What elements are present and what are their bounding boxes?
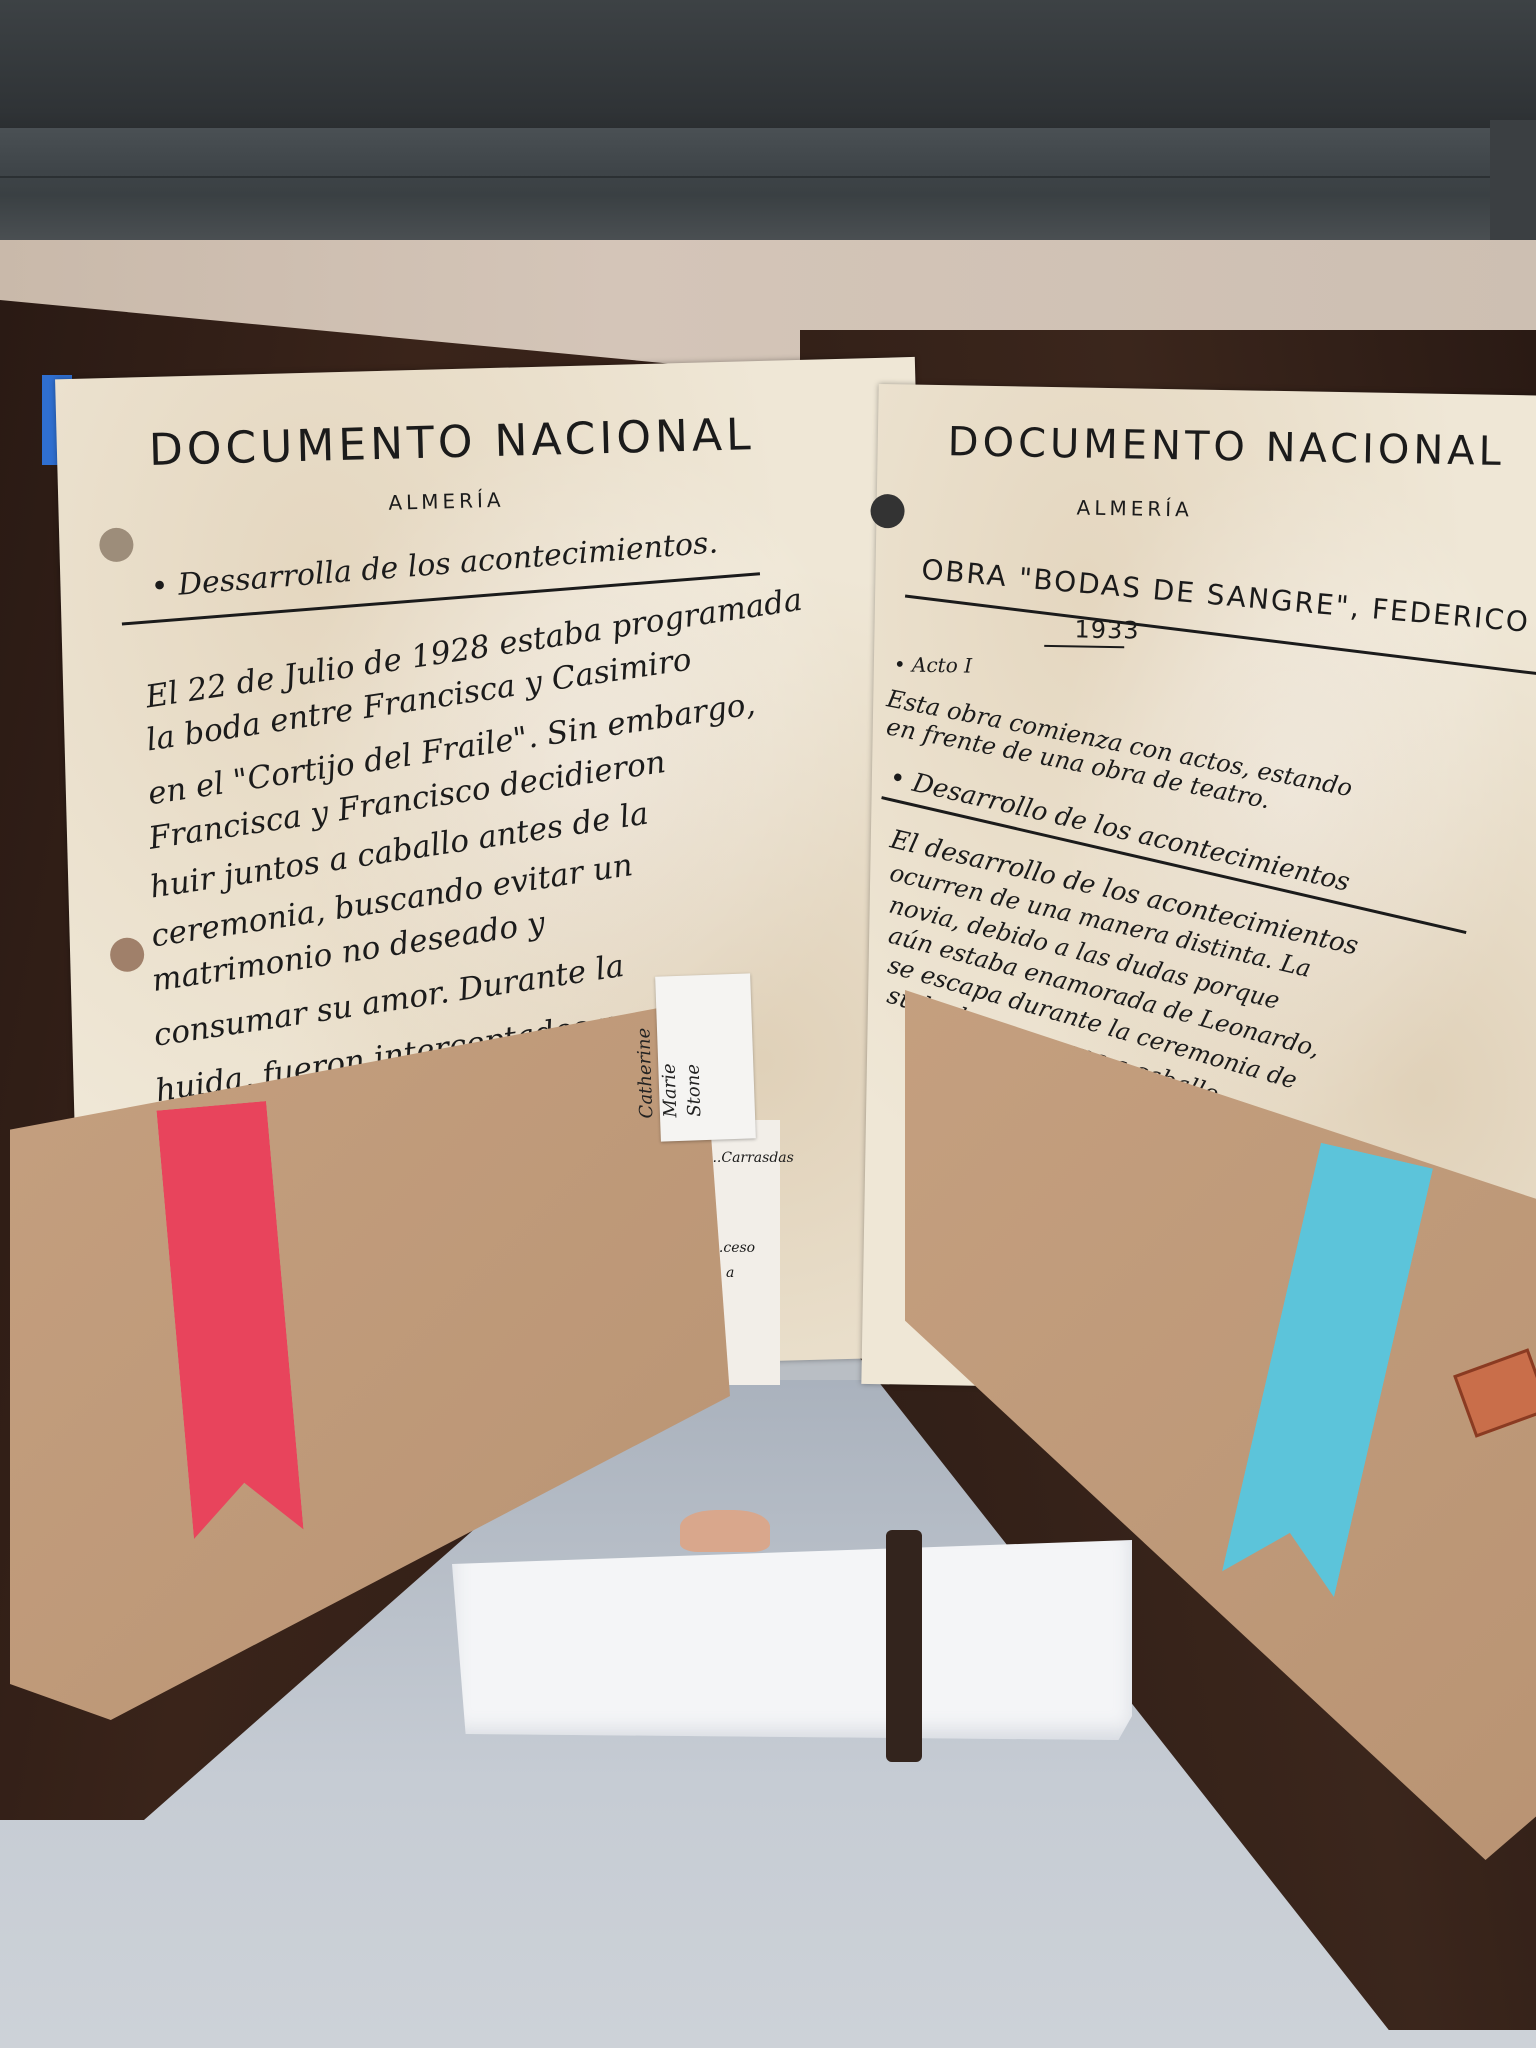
punch-hole: [870, 494, 905, 529]
edge-fragment: a: [726, 1265, 734, 1281]
note-line: Stone: [680, 1026, 707, 1117]
right-page-subtitle: ALMERÍA: [1076, 495, 1193, 521]
right-page-title: DOCUMENTO NACIONAL: [947, 419, 1505, 475]
leather-strap: [886, 1530, 922, 1762]
work-title: OBRA "BODAS DE SANGRE", FEDERICO L...: [920, 553, 1536, 644]
act-heading: • Acto I: [894, 652, 973, 677]
note-line: Marie: [656, 1027, 683, 1118]
year-underline: [1044, 645, 1124, 648]
shelf-top: [0, 0, 1536, 140]
punch-hole: [99, 527, 134, 562]
left-page-title: DOCUMENTO NACIONAL: [148, 409, 755, 476]
name-note: Catherine Marie Stone: [655, 973, 756, 1141]
shelf-lip: [0, 128, 1490, 244]
left-section-heading: • Dessarrolla de los acontecimientos.: [150, 525, 720, 605]
left-page-subtitle: ALMERÍA: [388, 488, 505, 515]
note-line: Catherine: [632, 1027, 659, 1118]
work-year: 1933: [1074, 615, 1140, 644]
punch-hole: [110, 937, 145, 972]
note-text: Catherine Marie Stone: [632, 1026, 707, 1119]
edge-fragment: ...Carrasdas: [708, 1150, 794, 1166]
scroll-tag: [680, 1510, 770, 1552]
paper-scroll: [452, 1540, 1132, 1740]
